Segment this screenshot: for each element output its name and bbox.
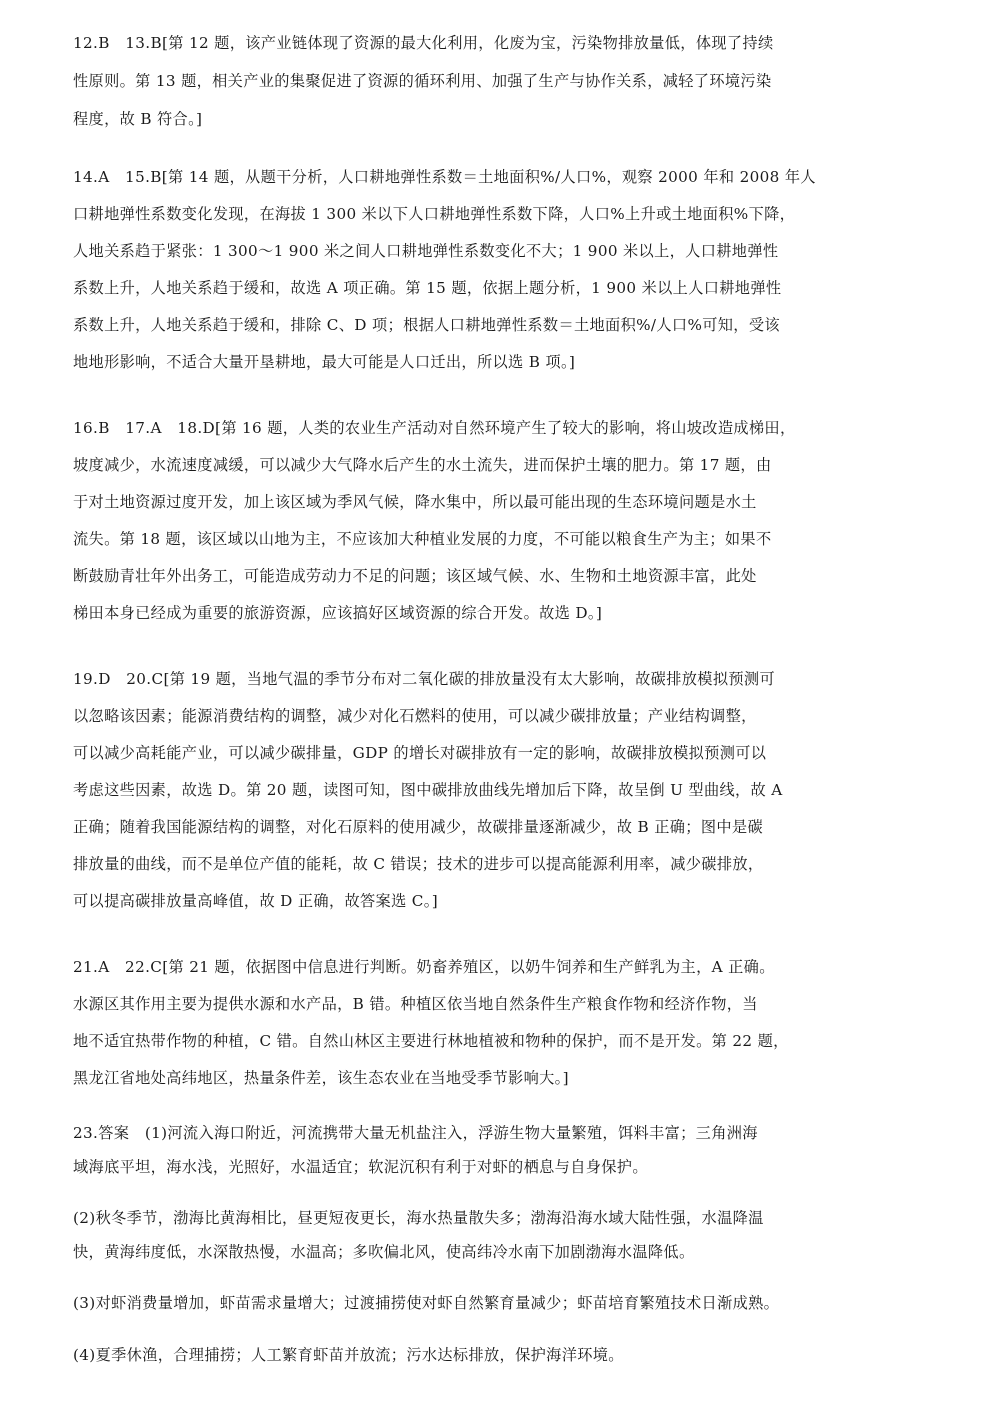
text-line: (3)对虾消费量增加，虾苗需求量增大；过渡捕捞使对虾自然繁育量减少；虾苗培育繁殖…: [73, 1293, 779, 1313]
text-line: 系数上升，人地关系趋于缓和，排除 C、D 项；根据人口耕地弹性系数＝土地面积%/…: [73, 315, 780, 335]
text-line: (4)夏季休渔，合理捕捞；人工繁育虾苗并放流；污水达标排放，保护海洋环境。: [73, 1345, 624, 1365]
text-line: 正确；随着我国能源结构的调整，对化石原料的使用减少，故碳排量逐渐减少，故 B 正…: [73, 817, 763, 837]
text-line: 16.B 17.A 18.D[第 16 题，人类的农业生产活动对自然环境产生了较…: [73, 418, 796, 438]
text-line: 可以减少高耗能产业，可以减少碳排量，GDP 的增长对碳排放有一定的影响，故碳排放…: [73, 743, 766, 763]
text-line: 梯田本身已经成为重要的旅游资源，应该搞好区域资源的综合开发。故选 D。]: [73, 603, 602, 623]
text-line: 流失。第 18 题，该区域以山地为主，不应该加大种植业发展的力度，不可能以粮食生…: [73, 529, 772, 549]
text-line: 21.A 22.C[第 21 题，依据图中信息进行判断。奶畜养殖区，以奶牛饲养和…: [73, 957, 775, 977]
text-line: 以忽略该因素；能源消费结构的调整，减少对化石燃料的使用，可以减少碳排放量；产业结…: [73, 706, 757, 726]
text-line: 断鼓励青壮年外出务工，可能造成劳动力不足的问题；该区域气候、水、生物和土地资源丰…: [73, 566, 757, 586]
text-line: 性原则。第 13 题，相关产业的集聚促进了资源的循环利用、加强了生产与协作关系，…: [73, 71, 772, 91]
text-line: 23.答案 (1)河流入海口附近，河流携带大量无机盐注入，浮游生物大量繁殖，饵料…: [73, 1123, 758, 1143]
text-line: 地地形影响，不适合大量开垦耕地，最大可能是人口迁出，所以选 B 项。]: [73, 352, 575, 372]
text-line: 排放量的曲线，而不是单位产值的能耗，故 C 错误；技术的进步可以提高能源利用率，…: [73, 854, 763, 874]
text-line: 系数上升，人地关系趋于缓和，故选 A 项正确。第 15 题，依据上题分析，1 9…: [73, 278, 781, 298]
text-line: 可以提高碳排放量高峰值，故 D 正确，故答案选 C。]: [73, 891, 438, 911]
text-line: 口耕地弹性系数变化发现，在海拔 1 300 米以下人口耕地弹性系数下降，人口%上…: [73, 204, 795, 224]
text-line: 域海底平坦，海水浅，光照好，水温适宜；软泥沉积有利于对虾的栖息与自身保护。: [73, 1157, 648, 1177]
text-line: 考虑这些因素，故选 D。第 20 题，读图可知，图中碳排放曲线先增加后下降，故呈…: [73, 780, 783, 800]
text-line: 水源区其作用主要为提供水源和水产品，B 错。种植区依当地自然条件生产粮食作物和经…: [73, 994, 758, 1014]
text-line: 坡度减少，水流速度减缓，可以减少大气降水后产生的水土流失，进而保护土壤的肥力。第…: [73, 455, 772, 475]
text-line: 人地关系趋于紧张：1 300～1 900 米之间人口耕地弹性系数变化不大；1 9…: [73, 241, 778, 261]
text-line: 黑龙江省地处高纬地区，热量条件差，该生态农业在当地受季节影响大。]: [73, 1068, 569, 1088]
text-line: 快，黄海纬度低，水深散热慢，水温高；多吹偏北风，使高纬冷水南下加剧渤海水温降低。: [73, 1242, 695, 1262]
text-line: 19.D 20.C[第 19 题，当地气温的季节分布对二氧化碳的排放量没有太大影…: [73, 669, 775, 689]
text-line: (2)秋冬季节，渤海比黄海相比，昼更短夜更长，海水热量散失多；渤海沿海水域大陆性…: [73, 1208, 764, 1228]
text-line: 12.B 13.B[第 12 题，该产业链体现了资源的最大化利用，化废为宝，污染…: [73, 33, 774, 53]
text-line: 程度，故 B 符合。]: [73, 109, 202, 129]
text-line: 于对土地资源过度开发，加上该区域为季风气候，降水集中，所以最可能出现的生态环境问…: [73, 492, 757, 512]
text-line: 14.A 15.B[第 14 题，从题干分析，人口耕地弹性系数＝土地面积%/人口…: [73, 167, 816, 187]
text-line: 地不适宜热带作物的种植，C 错。自然山林区主要进行林地植被和物种的保护，而不是开…: [73, 1031, 789, 1051]
